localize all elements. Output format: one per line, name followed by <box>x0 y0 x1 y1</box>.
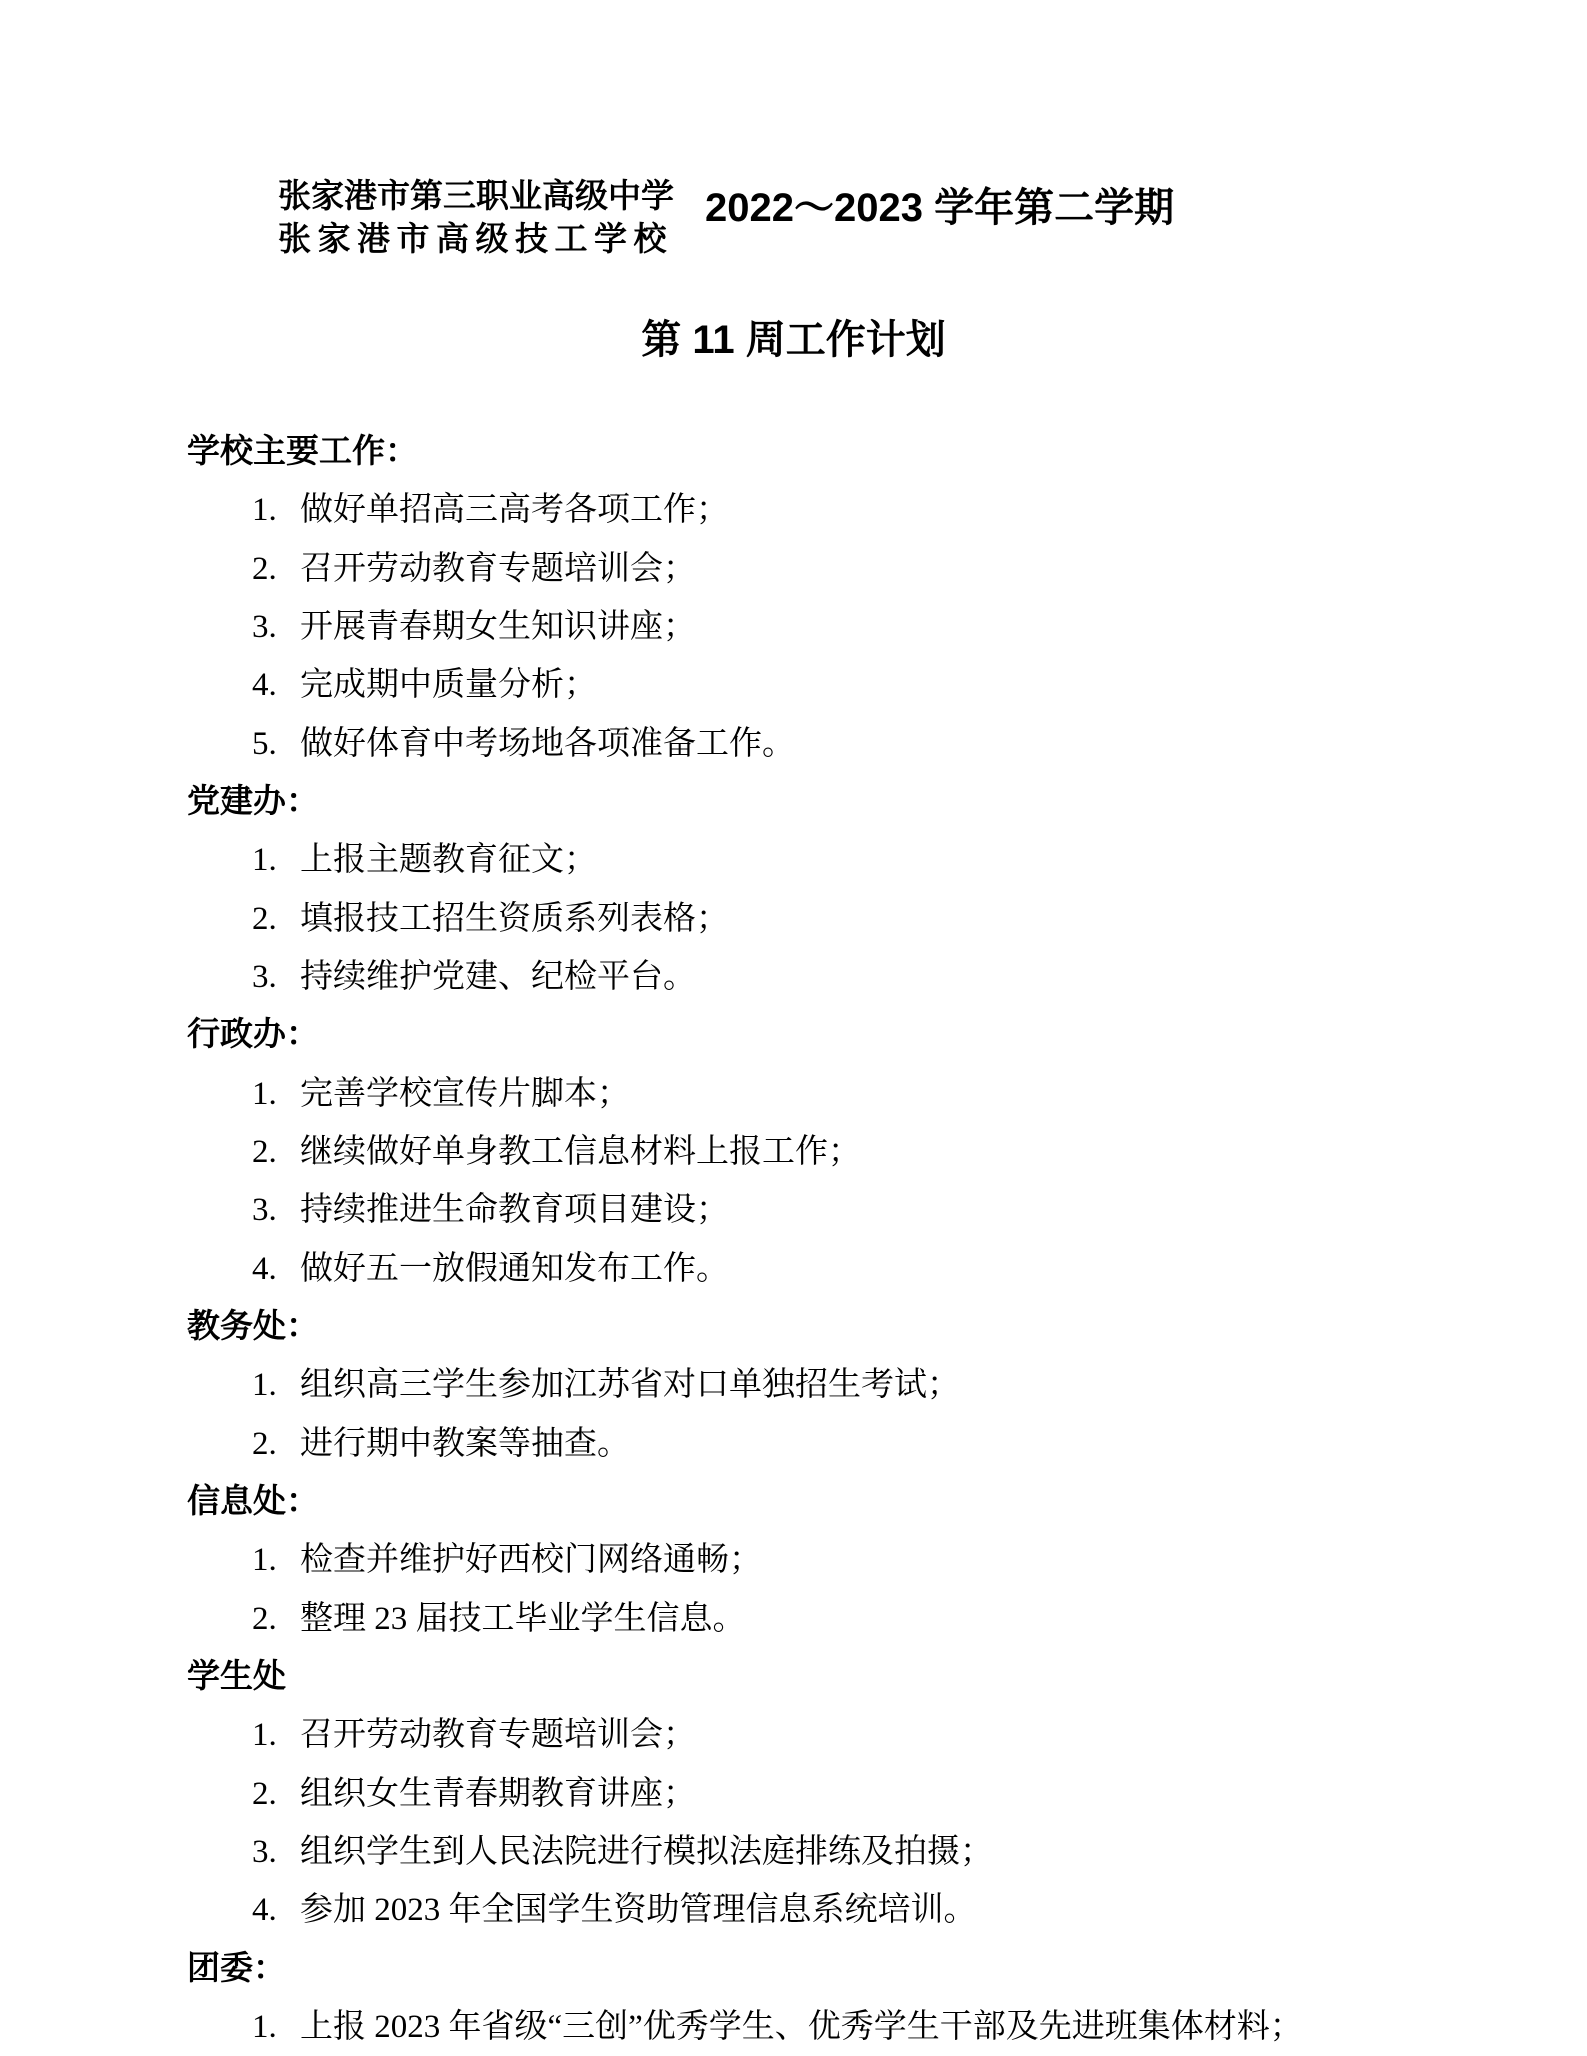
item-number: 5. <box>252 722 300 766</box>
item-text: 进行期中教案等抽查。 <box>300 1426 630 1462</box>
school-name-line2: 张家港市高级技工学校 <box>278 219 674 262</box>
item-text: 做好五一放假通知发布工作。 <box>300 1251 729 1287</box>
item-text: 组织学生到人民法院进行模拟法庭排练及拍摄； <box>300 1834 993 1870</box>
list-item: 2.填报技工招生资质系列表格； <box>0 897 1587 955</box>
item-text: 召开劳动教育专题培训会； <box>300 551 696 587</box>
item-number: 3. <box>252 605 300 649</box>
item-number: 1. <box>252 488 300 532</box>
item-number: 4. <box>252 1888 300 1932</box>
item-text: 检查并维护好西校门网络通畅； <box>300 1542 762 1578</box>
semester-heading: 2022～2023 学年第二学期 <box>705 188 1174 228</box>
school-name-line1: 张家港市第三职业高级中学 <box>278 176 674 219</box>
school-names-block: 张家港市第三职业高级中学 张家港市高级技工学校 <box>278 176 674 262</box>
list-item: 4.做好五一放假通知发布工作。 <box>0 1247 1587 1305</box>
list-item: 4.完成期中质量分析； <box>0 663 1587 721</box>
item-text: 召开劳动教育专题培训会； <box>300 1717 696 1753</box>
item-text: 持续推进生命教育项目建设； <box>300 1192 729 1228</box>
item-number: 1. <box>252 1072 300 1116</box>
item-text: 组织女生青春期教育讲座； <box>300 1776 696 1812</box>
item-number: 4. <box>252 663 300 707</box>
list-item: 1.组织高三学生参加江苏省对口单独招生考试； <box>0 1363 1587 1421</box>
item-text: 做好单招高三高考各项工作； <box>300 492 729 528</box>
section-heading: 党建办： <box>0 780 1587 838</box>
list-item: 1.上报 2023 年省级“三创”优秀学生、优秀学生干部及先进班集体材料； <box>0 2005 1587 2056</box>
item-text: 完善学校宣传片脚本； <box>300 1076 630 1112</box>
list-item: 1.上报主题教育征文； <box>0 838 1587 896</box>
list-item: 1.召开劳动教育专题培训会； <box>0 1713 1587 1771</box>
item-text: 填报技工招生资质系列表格； <box>300 901 729 937</box>
section-heading: 团委： <box>0 1947 1587 2005</box>
item-number: 3. <box>252 1188 300 1232</box>
list-item: 3.开展青春期女生知识讲座； <box>0 605 1587 663</box>
item-number: 2. <box>252 897 300 941</box>
item-number: 3. <box>252 955 300 999</box>
section-heading: 学生处 <box>0 1655 1587 1713</box>
section-heading: 学校主要工作： <box>0 430 1587 488</box>
list-item: 1.做好单招高三高考各项工作； <box>0 488 1587 546</box>
item-number: 1. <box>252 1713 300 1757</box>
item-text: 组织高三学生参加江苏省对口单独招生考试； <box>300 1367 960 1403</box>
section-heading: 行政办： <box>0 1013 1587 1071</box>
list-item: 5.做好体育中考场地各项准备工作。 <box>0 722 1587 780</box>
item-text: 持续维护党建、纪检平台。 <box>300 959 696 995</box>
list-item: 3.持续推进生命教育项目建设； <box>0 1188 1587 1246</box>
item-number: 2. <box>252 1597 300 1641</box>
item-number: 2. <box>252 1130 300 1174</box>
item-number: 1. <box>252 838 300 882</box>
work-plan-body: 学校主要工作：1.做好单招高三高考各项工作；2.召开劳动教育专题培训会；3.开展… <box>0 430 1587 2056</box>
item-text: 参加 2023 年全国学生资助管理信息系统培训。 <box>300 1892 977 1928</box>
section-heading: 信息处： <box>0 1480 1587 1538</box>
list-item: 2.召开劳动教育专题培训会； <box>0 547 1587 605</box>
list-item: 2.继续做好单身教工信息材料上报工作； <box>0 1130 1587 1188</box>
document-title: 第 11 周工作计划 <box>0 320 1587 360</box>
item-number: 2. <box>252 547 300 591</box>
item-number: 2. <box>252 1772 300 1816</box>
item-text: 完成期中质量分析； <box>300 667 597 703</box>
item-number: 1. <box>252 1538 300 1582</box>
item-number: 2. <box>252 1422 300 1466</box>
item-text: 开展青春期女生知识讲座； <box>300 609 696 645</box>
list-item: 2.组织女生青春期教育讲座； <box>0 1772 1587 1830</box>
item-text: 整理 23 届技工毕业学生信息。 <box>300 1601 746 1637</box>
item-text: 继续做好单身教工信息材料上报工作； <box>300 1134 861 1170</box>
item-text: 上报 2023 年省级“三创”优秀学生、优秀学生干部及先进班集体材料； <box>300 2009 1303 2045</box>
item-number: 3. <box>252 1830 300 1874</box>
list-item: 3.持续维护党建、纪检平台。 <box>0 955 1587 1013</box>
item-number: 1. <box>252 2005 300 2049</box>
document-page: 张家港市第三职业高级中学 张家港市高级技工学校 2022～2023 学年第二学期… <box>0 0 1587 2056</box>
item-number: 1. <box>252 1363 300 1407</box>
item-text: 上报主题教育征文； <box>300 842 597 878</box>
item-number: 4. <box>252 1247 300 1291</box>
list-item: 3.组织学生到人民法院进行模拟法庭排练及拍摄； <box>0 1830 1587 1888</box>
list-item: 2.进行期中教案等抽查。 <box>0 1422 1587 1480</box>
list-item: 4.参加 2023 年全国学生资助管理信息系统培训。 <box>0 1888 1587 1946</box>
list-item: 2.整理 23 届技工毕业学生信息。 <box>0 1597 1587 1655</box>
list-item: 1.完善学校宣传片脚本； <box>0 1072 1587 1130</box>
item-text: 做好体育中考场地各项准备工作。 <box>300 726 795 762</box>
list-item: 1.检查并维护好西校门网络通畅； <box>0 1538 1587 1596</box>
section-heading: 教务处： <box>0 1305 1587 1363</box>
